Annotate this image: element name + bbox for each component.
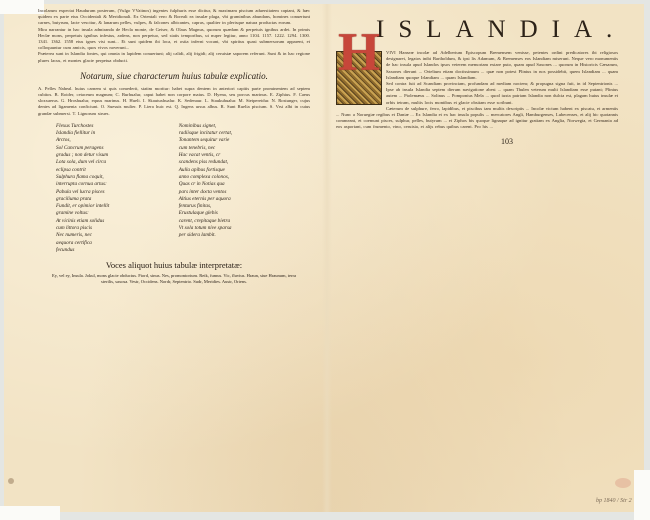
intro-paragraph: Incolarum expectat Hauduram posterum, (V… (38, 8, 310, 27)
left-page: Incolarum expectat Hauduram posterum, (V… (38, 8, 310, 285)
poem-line: Quas cr in Notias qua pars inter docta v… (179, 181, 233, 196)
poem-line: Flexus Turchostes Islandia fiellitur in … (56, 123, 110, 145)
intro-text-block: Incolarum expectat Hauduram posterum, (V… (38, 8, 310, 64)
poem-line: Tonantem sequitur varie cum tenebris, ne… (179, 137, 233, 152)
mount-hinge-bottom-left (0, 506, 60, 520)
poem-line: Fundit, er opimior intellit gramine volt… (56, 203, 110, 218)
decorated-initial: H (336, 51, 382, 105)
poem-line: Nec numeris, nec aequora certifica fecun… (56, 232, 110, 254)
poem-left-column: Flexus Turchostes Islandia fiellitur in … (56, 123, 169, 254)
poem-right-column: Nominibus signet, radiisque incitatur ce… (179, 123, 292, 254)
glossary-heading: Voces aliquot huius tabulæ interpretatæ: (38, 260, 310, 270)
foxing-spot (8, 478, 14, 484)
body-paragraph: Cæterum de sulphure, ferro, lapidibus, e… (336, 106, 618, 131)
glossary-text: Ey, vel ey, Insula. Jokul, mons glacie o… (38, 273, 310, 285)
body-text-block: H VIVI Hanseæ incolæ ad Adelbertum Episc… (336, 50, 618, 131)
notes-heading: Notarum, siue characterum huius tabulæ e… (38, 71, 310, 81)
poem-line: Erustulaque glebis carent, crepitaque bi… (179, 210, 233, 225)
poem-line: Aulla apibus fortisque anno complexa col… (179, 167, 233, 182)
poem-line: Lota sola, dum vel circa eclipsa contrit (56, 159, 110, 174)
poem: Flexus Turchostes Islandia fiellitur in … (38, 123, 310, 254)
page-title: ISLANDIA. (376, 16, 618, 44)
center-fold (322, 4, 332, 512)
notes-text-block: A. Pelles Naheal. huius carnem si quis c… (38, 86, 310, 117)
poem-line: Pabula vel lucra pisces graciliuma prata (56, 189, 110, 204)
initial-letter: H (337, 49, 381, 55)
poem-line: Nominibus signet, radiisque incitatur ce… (179, 123, 233, 138)
mount-hinge-bottom-right (634, 470, 650, 520)
foxing-stain (615, 478, 631, 488)
poem-line: Sulphura flama coquit, interrupta cornua… (56, 174, 110, 189)
right-page: ISLANDIA. H VIVI Hanseæ incolæ ad Adelbe… (336, 8, 618, 146)
poem-line: Sol Cancrum peragens gradus ; non detur … (56, 145, 110, 160)
poem-line: Vt sola totum nive sparsa per sidera lam… (179, 225, 233, 240)
intro-paragraph: Præterea sunt in Islandia fontes, qui om… (38, 51, 310, 63)
poem-line: At vicinis etiam solidus cum littora pis… (56, 218, 110, 233)
page-number: 103 (336, 137, 618, 146)
poem-line: Hac vacat ventis, cr scandens piss redun… (179, 152, 233, 167)
intro-paragraph: Mira narrantur in hac insula admiranda d… (38, 27, 310, 52)
poem-line: Altius eternis per aquora fenturus finit… (179, 196, 233, 211)
pencil-annotation: bp 1840 / Str 2 (596, 498, 632, 504)
